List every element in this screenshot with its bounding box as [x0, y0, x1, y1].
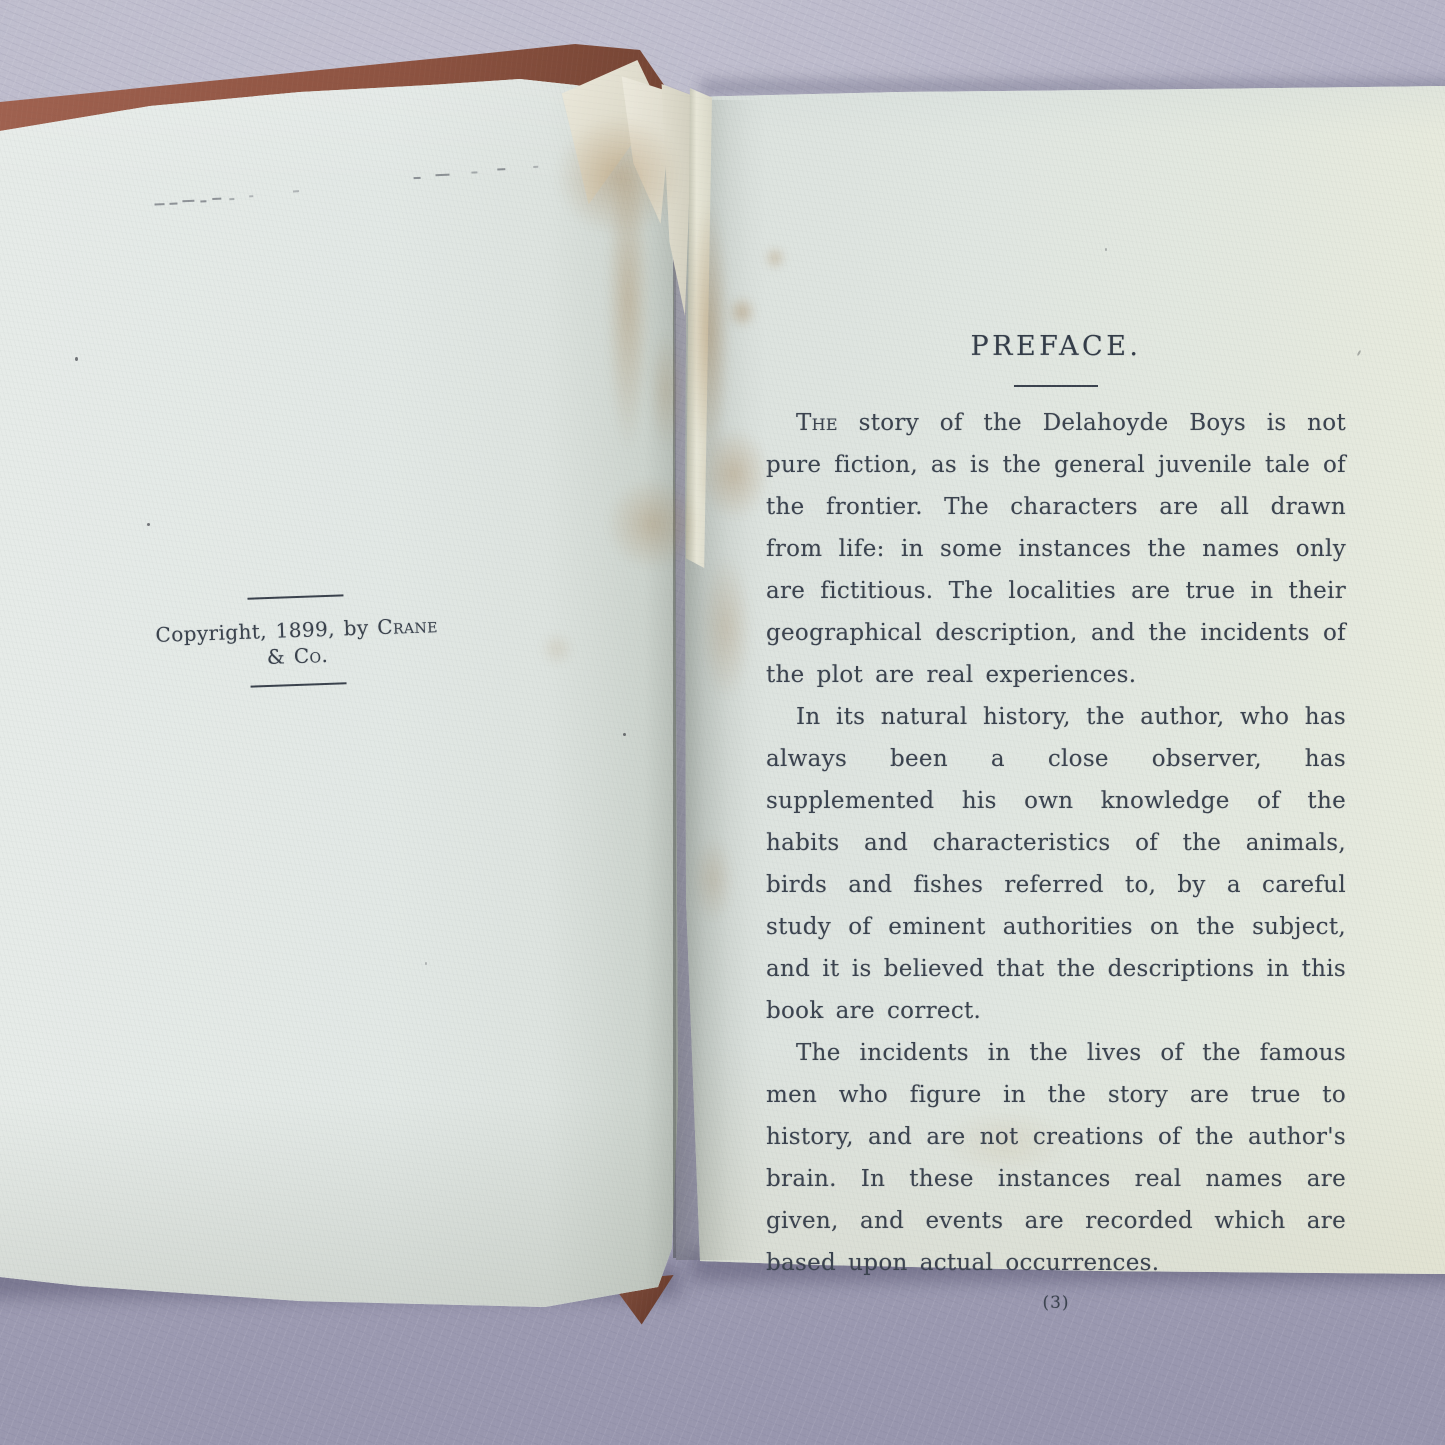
gutter-crease-line — [673, 108, 676, 1258]
paper-speck — [623, 733, 626, 736]
publisher-name: Crane & Co. — [266, 613, 438, 669]
paper-speck — [1357, 350, 1362, 356]
right-page-shadow — [690, 1250, 1445, 1282]
right-page-top-shadow — [700, 80, 1445, 96]
foxing-stain — [700, 556, 752, 700]
paragraph-text: story of the Delahoyde Boys is not pure … — [766, 410, 1346, 688]
spine-bottom-triangle — [598, 1270, 682, 1332]
paragraph-text: The incidents in the lives of the famous… — [766, 1040, 1346, 1276]
preface-paragraph: The story of the Delahoyde Boys is not p… — [766, 402, 1346, 696]
copyright-rule-bottom — [251, 682, 347, 687]
foxing-stain — [606, 150, 650, 450]
paper-speck — [75, 357, 78, 361]
paragraph-text: In its natural history, the author, who … — [766, 704, 1346, 1024]
preface-page-content: PREFACE. The story of the Delahoyde Boys… — [766, 330, 1346, 1313]
paper-speck — [425, 962, 427, 965]
preface-paragraph: The incidents in the lives of the famous… — [766, 1032, 1346, 1284]
foxing-stain — [688, 200, 730, 462]
right-page — [660, 0, 1445, 1340]
paper-speck — [1105, 248, 1107, 251]
foxing-stain — [556, 116, 680, 236]
copyright-rule-top — [247, 594, 343, 599]
left-page — [0, 0, 700, 1340]
foxing-stain — [692, 836, 734, 922]
title-divider-rule — [1014, 385, 1098, 387]
book-cover-edge — [0, 0, 730, 180]
torn-paper-flap — [552, 60, 674, 212]
foxing-stain — [728, 296, 756, 328]
copyright-block: Copyright, 1899, by Crane & Co. — [146, 591, 449, 691]
open-book-photo: Copyright, 1899, by Crane & Co. PREFACE.… — [0, 0, 1445, 1445]
foxing-stain — [940, 1110, 1070, 1174]
torn-paper-flap — [606, 68, 684, 232]
copyright-text: Copyright, 1899, by — [155, 615, 378, 647]
foxing-stain — [648, 330, 684, 450]
foxing-stain — [764, 246, 786, 270]
torn-paper-flap — [646, 84, 698, 316]
cover-edge-shadow — [0, 72, 550, 124]
foxing-stain — [540, 632, 574, 666]
table-surface — [0, 0, 1445, 1445]
left-page-shadow — [0, 1264, 680, 1298]
page-number: (3) — [766, 1293, 1346, 1313]
paper-speck — [147, 523, 150, 526]
copyright-line: Copyright, 1899, by Crane & Co. — [146, 612, 448, 674]
page-edge-strip — [686, 88, 712, 568]
photo-grain-overlay — [0, 0, 1445, 1445]
preface-body: The story of the Delahoyde Boys is not p… — [766, 402, 1346, 1284]
pencil-ghost-marks — [151, 158, 592, 217]
foxing-stain — [698, 428, 770, 520]
preface-title: PREFACE. — [766, 330, 1346, 364]
gutter-shading — [676, 100, 766, 1260]
foxing-stain — [606, 478, 698, 570]
paragraph-lead: The — [796, 410, 838, 436]
preface-paragraph: In its natural history, the author, who … — [766, 696, 1346, 1032]
